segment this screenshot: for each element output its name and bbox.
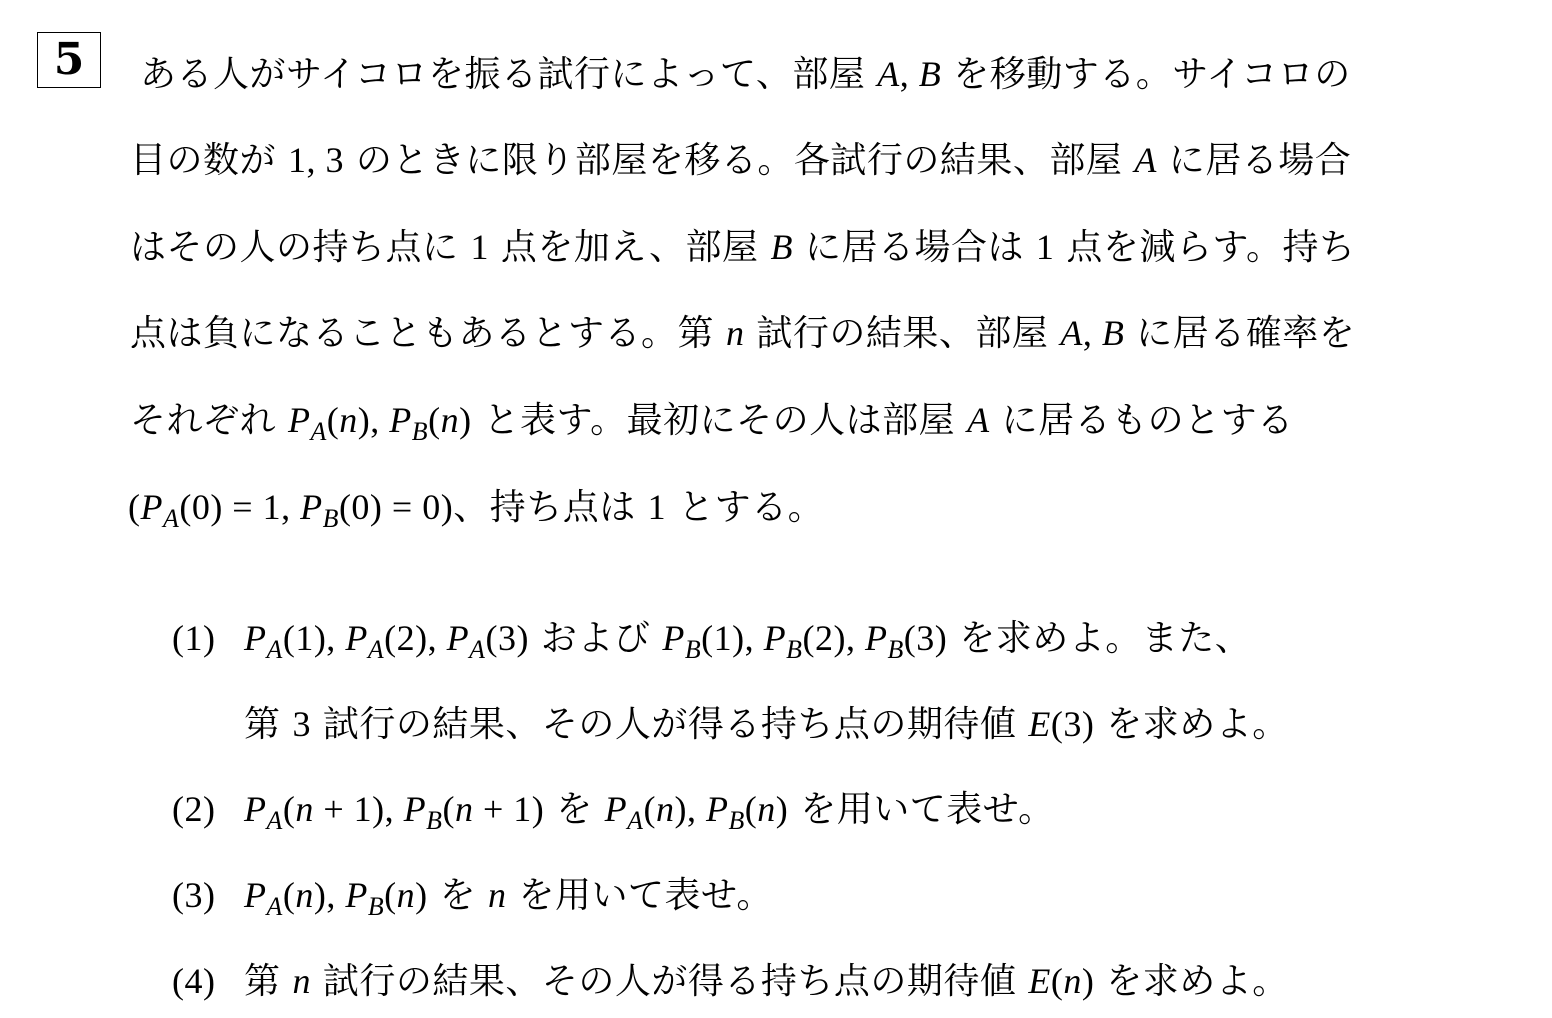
statement-line-4: 点は負になることもあるとする。第 n 試行の結果、部屋 A, B に居る確率を [130,315,1355,352]
question-1-continued: 第 3 試行の結果、その人が得る持ち点の期待値 E(3) を求めよ。 [244,706,1289,743]
formula-e3: E(3) [1028,704,1094,744]
formula-initial-conditions: (PA(0) = 1, PB(0) = 0) [128,487,453,527]
problem-number: 5 [54,38,85,82]
problem-number-box: 5 [37,32,101,88]
statement-line-1: ある人がサイコロを振る試行によって、部屋 A, B を移動する。サイコロの [140,56,1351,93]
formula-en: E(n) [1028,961,1094,1001]
question-4: (4)第 n 試行の結果、その人が得る持ち点の期待値 E(n) を求めよ。 [172,963,1289,1000]
question-3: (3)PA(n), PB(n) を n を用いて表せ。 [172,877,773,914]
statement-line-6: (PA(0) = 1, PB(0) = 0)、持ち点は 1 とする。 [128,489,824,526]
formula-p-n: PA(n), PB(n) [605,789,789,829]
question-2: (2)PA(n + 1), PB(n + 1) を PA(n), PB(n) を… [172,791,1055,828]
question-label: (3) [172,877,244,913]
question-label: (2) [172,791,244,827]
formula-pb-1-3: PB(1), PB(2), PB(3) [662,618,947,658]
question-1: (1)PA(1), PA(2), PA(3) および PB(1), PB(2),… [172,620,1251,657]
statement-line-3: はその人の持ち点に 1 点を加え、部屋 B に居る場合は 1 点を減らす。持ち [130,229,1355,266]
statement-line-2: 目の数が 1, 3 のときに限り部屋を移る。各試行の結果、部屋 A に居る場合 [130,142,1351,179]
formula-p-n: PA(n), PB(n) [244,875,428,915]
question-label: (1) [172,620,244,656]
formula-pa-n: PA(n), PB(n) [288,400,472,440]
formula-p-n-plus-1: PA(n + 1), PB(n + 1) [244,789,544,829]
question-label: (4) [172,963,244,999]
statement-line-5: それぞれ PA(n), PB(n) と表す。最初にその人は部屋 A に居るものと… [130,402,1294,439]
formula-pa-1-3: PA(1), PA(2), PA(3) [244,618,529,658]
